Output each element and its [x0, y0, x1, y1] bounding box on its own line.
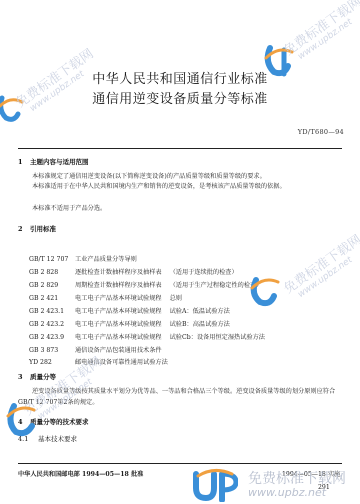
reference-row: GB 2 423.9电工电子产品基本环境试验规程试验Cb：设备用恒定湿热试验方法 [29, 332, 265, 341]
reference-row: GB 2 829周期检查计数抽样程序及抽样表（适用于生产过程稳定性的检查） [29, 280, 262, 289]
reference-row: GB 3 873通信设备产品包装通用技术条件 [29, 345, 170, 354]
reference-row: YD 282邮电通信设备可靠性通用试验方法 [29, 357, 176, 366]
watermark-site-name: 免费标准下载网 [279, 229, 360, 297]
section-1-heading: 1主题内容与适用范围 [18, 157, 89, 166]
watermark-url: www.upbz.net [248, 486, 326, 499]
section-2-heading: 2引用标准 [18, 224, 56, 233]
footer-rule [18, 463, 342, 464]
watermark-url: www.upbz.net [296, 17, 354, 62]
section-4-heading: 4质量分等的技术要求 [18, 417, 89, 426]
section-3-heading: 3质量分等 [18, 372, 56, 381]
watermark-logo-icon [192, 468, 238, 502]
section-3-para-1: 逆变设备质量等级按其质量水平划分为优等品、一等品和合格品三个等级。逆变设备质量等… [18, 387, 342, 408]
implementation-line: 1994—05—18 实施 [282, 469, 340, 478]
reference-row: GB 2 421电工电子产品基本环境试验规程总则 [29, 293, 182, 302]
approval-line: 中华人民共和国邮电部 1994—05—18 批准 [18, 469, 143, 478]
document-title-line1: 中华人民共和国通信行业标准 [0, 68, 360, 87]
reference-row: GB/T 12 707工业产品质量分等导则 [29, 254, 145, 263]
watermark-url: www.upbz.net [296, 255, 354, 300]
reference-row: GB 2 828逐批检查计数抽样程序及抽样表（适用于连续批的检查） [29, 267, 238, 276]
section-1-para-3: 本标准不适用于产品分选。 [18, 204, 342, 215]
document-page: 中华人民共和国通信行业标准 通信用逆变设备质量分等标准 YD/T680—94 1… [0, 0, 360, 504]
document-title-line2: 通信用逆变设备质量分等标准 [0, 88, 360, 107]
header-rule [18, 148, 342, 149]
page-number: 291 [318, 484, 330, 491]
standard-number: YD/T680—94 [298, 128, 344, 136]
subsection-4-1-heading: 4.1基本技术要求 [18, 434, 77, 443]
section-title: 主题内容与适用范围 [30, 158, 89, 166]
watermark-logo-icon [248, 272, 280, 310]
section-number: 1 [18, 158, 30, 166]
watermark-site-name: 免费标准下载网 [279, 0, 360, 59]
reference-row: GB 2 423.1电工电子产品基本环境试验规程试验A：低温试验方法 [29, 306, 230, 315]
section-1-para-1: 本标准规定了通信用逆变设备(以下简称逆变设备)的产品质量等级和质量等级的要求。 [18, 172, 342, 183]
section-1-para-2: 本标准适用于在中华人民共和国境内生产和销售的逆变设备，是考核该产品质量等级的依据… [18, 182, 342, 193]
reference-row: GB 2 423.2电工电子产品基本环境试验规程试验B：高温试验方法 [29, 319, 230, 328]
